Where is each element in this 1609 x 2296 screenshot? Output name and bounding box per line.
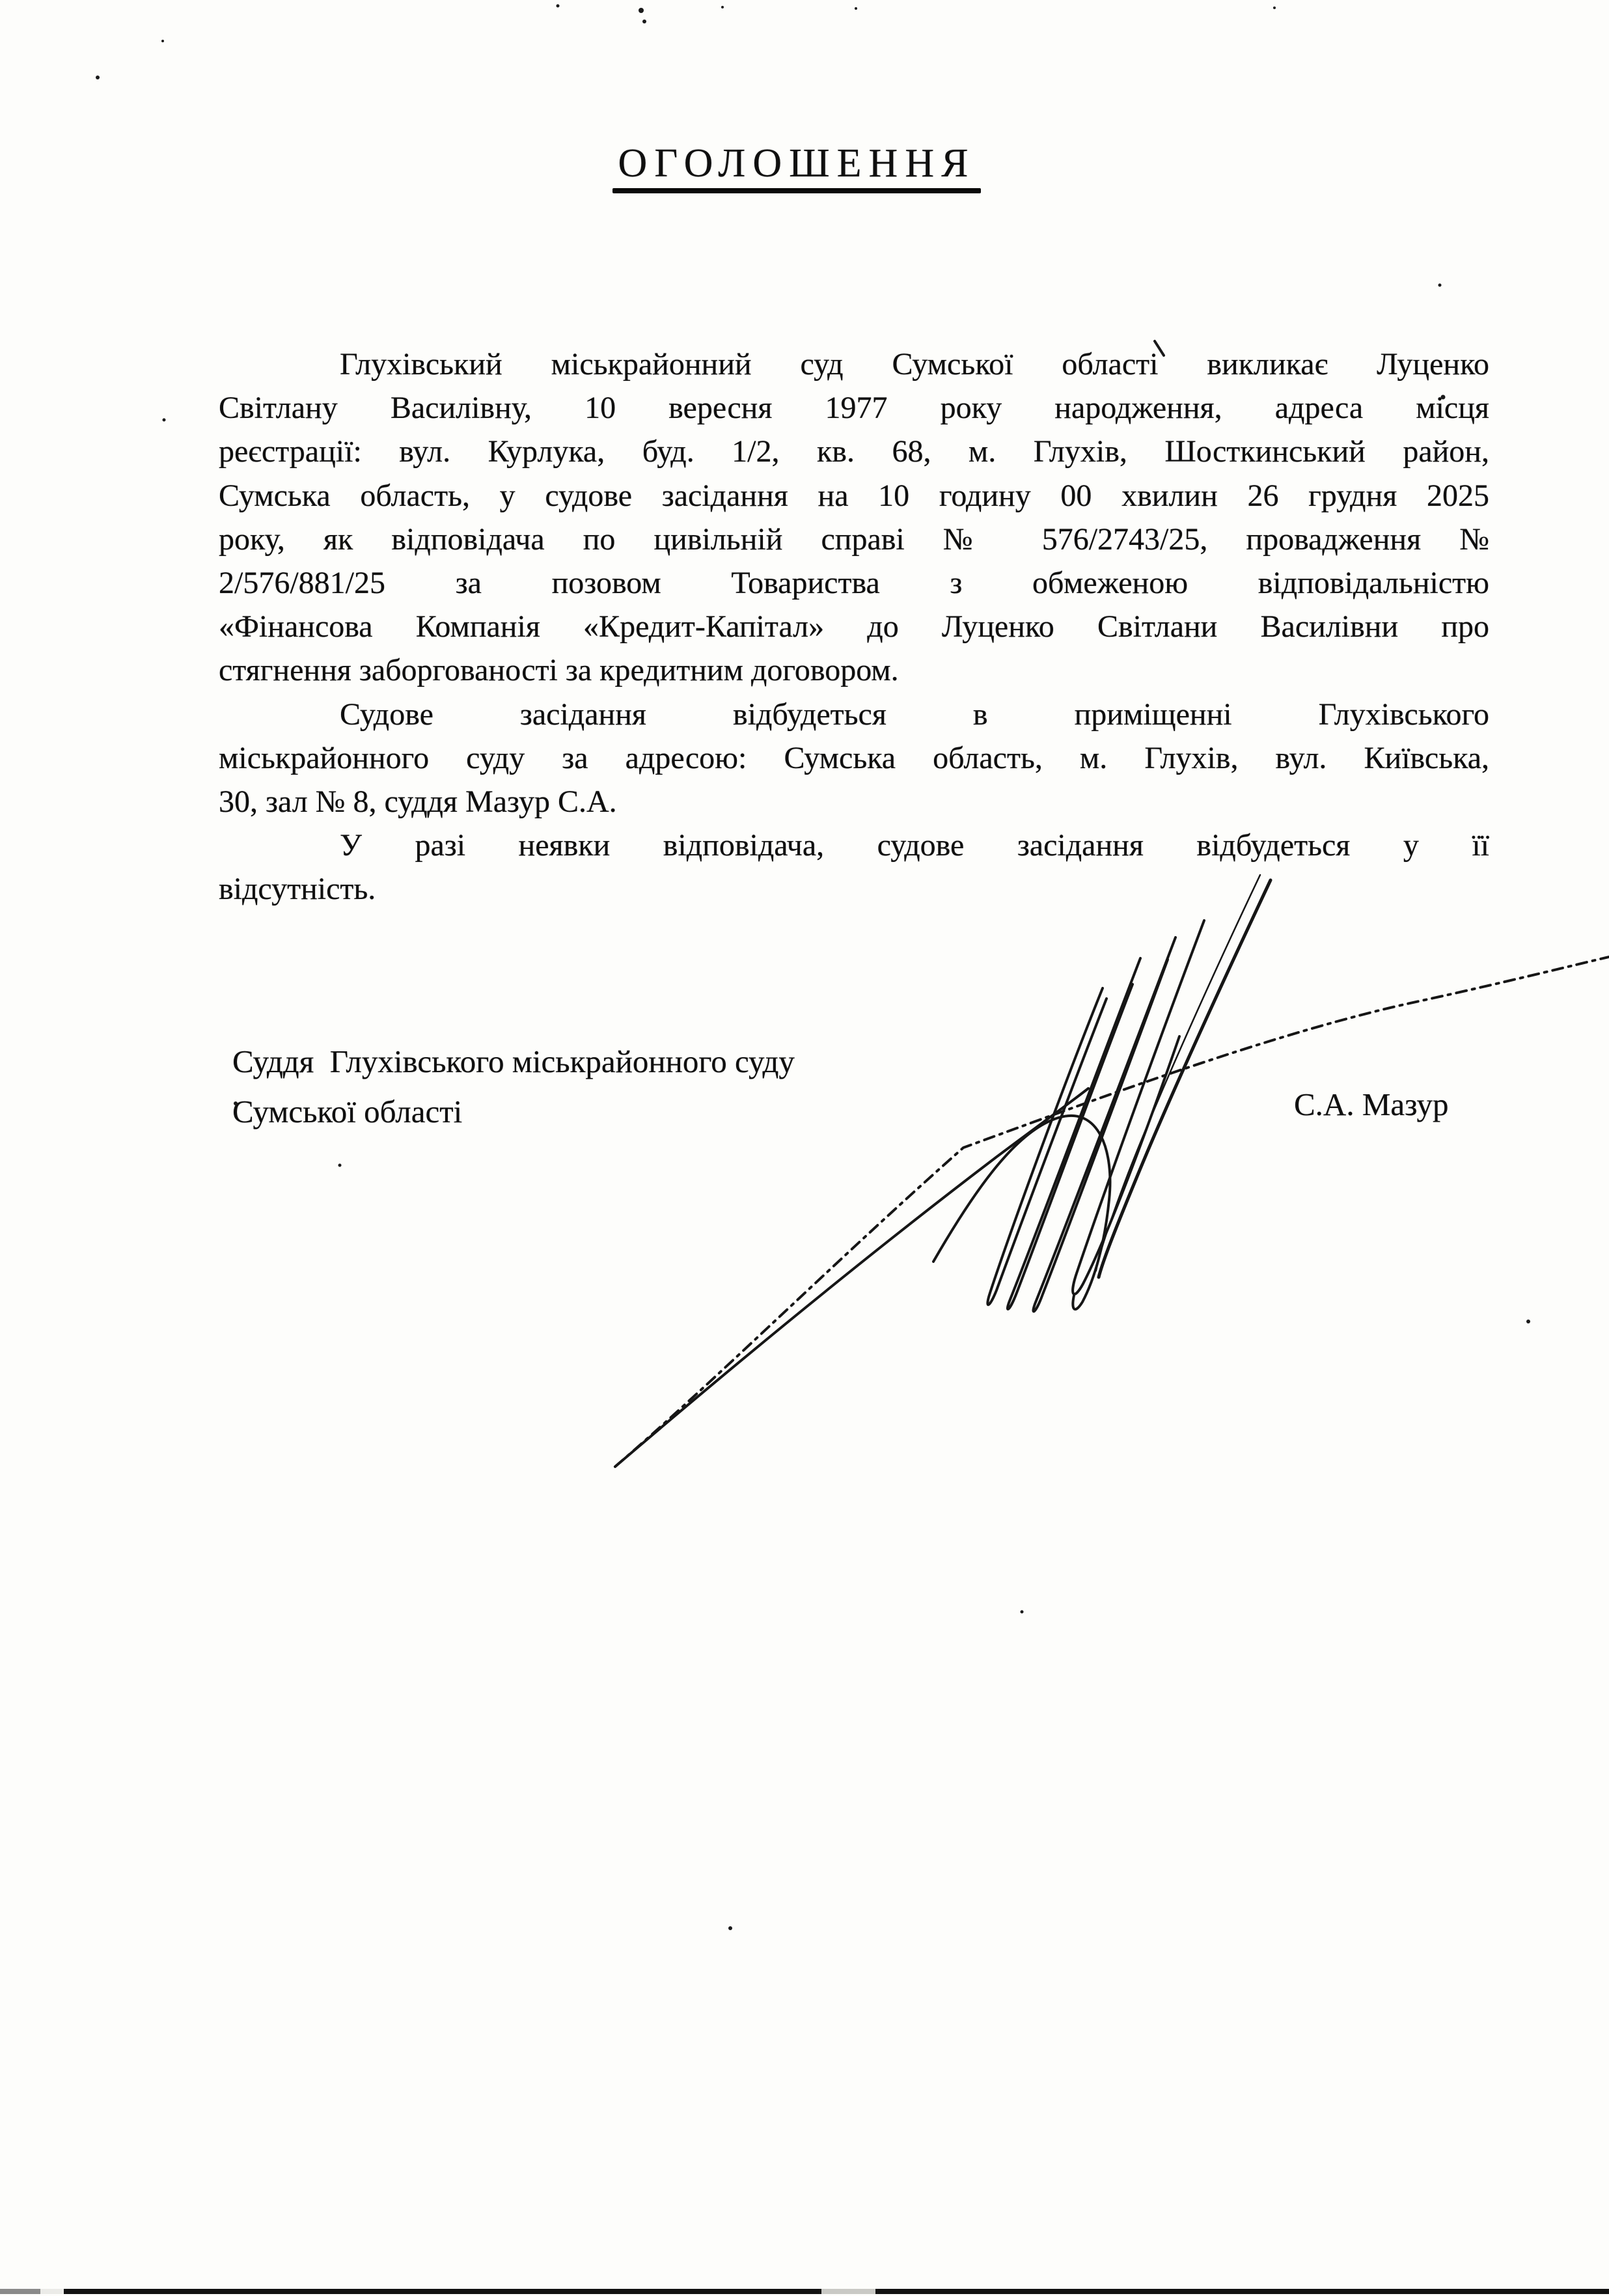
signature-hairpin-stroke — [1033, 937, 1176, 1312]
signature-loop-stroke — [933, 1116, 1110, 1309]
document-title: ОГОЛОШЕННЯ — [586, 143, 1008, 184]
body-line: Глухівський міськрайонний суд Сумської о… — [219, 342, 1489, 386]
body-line: «Фінансова Компанія «Кредит-Капітал» до … — [219, 605, 1489, 648]
scan-edge-artifact — [0, 2289, 1609, 2294]
body-line: відсутність. — [219, 867, 1489, 911]
signature-hairpin-stroke — [1008, 958, 1140, 1309]
body-line: реєстрації: вул. Курлука, буд. 1/2, кв. … — [219, 430, 1489, 473]
judge-name: С.А. Мазур — [1294, 1086, 1448, 1124]
document-title-block: ОГОЛОШЕННЯ — [586, 143, 1008, 193]
scanned-court-document-page: ОГОЛОШЕННЯ Глухівський міськрайонний суд… — [0, 0, 1609, 2296]
body-line: стягнення заборгованості за кредитним до… — [219, 648, 1489, 692]
signature-hairpin-stroke — [1073, 920, 1204, 1294]
body-line: 2/576/881/25 за позовом Товариства з обм… — [219, 561, 1489, 605]
body-line: Сумська область, у судове засідання на 1… — [219, 474, 1489, 518]
signature-long-dotted-stroke — [615, 957, 1609, 1467]
judge-title-line-2: Сумської області — [232, 1093, 462, 1131]
judge-title-line-1: Суддя Глухівського міськрайонного суду — [232, 1043, 795, 1081]
title-underline — [612, 188, 981, 193]
body-line: міськрайонного суду за адресою: Сумська … — [219, 736, 1489, 780]
signature-hairpin-stroke — [987, 988, 1107, 1305]
body-text: Глухівський міськрайонний суд Сумської о… — [219, 342, 1489, 911]
body-line: Світлану Василівну, 10 вересня 1977 року… — [219, 386, 1489, 430]
signature-long-solid-stroke — [615, 1088, 1088, 1467]
signature-tall-stroke — [1099, 880, 1271, 1277]
signature-tall-stroke-twin — [1096, 875, 1260, 1271]
body-line: 30, зал № 8, суддя Мазур С.А. — [219, 780, 1489, 823]
body-line: Судове засідання відбудеться в приміщенн… — [219, 693, 1489, 736]
body-line: року, як відповідача по цивільній справі… — [219, 518, 1489, 561]
scan-speckles — [96, 5, 1530, 1931]
body-line: У разі неявки відповідача, судове засіда… — [219, 823, 1489, 867]
